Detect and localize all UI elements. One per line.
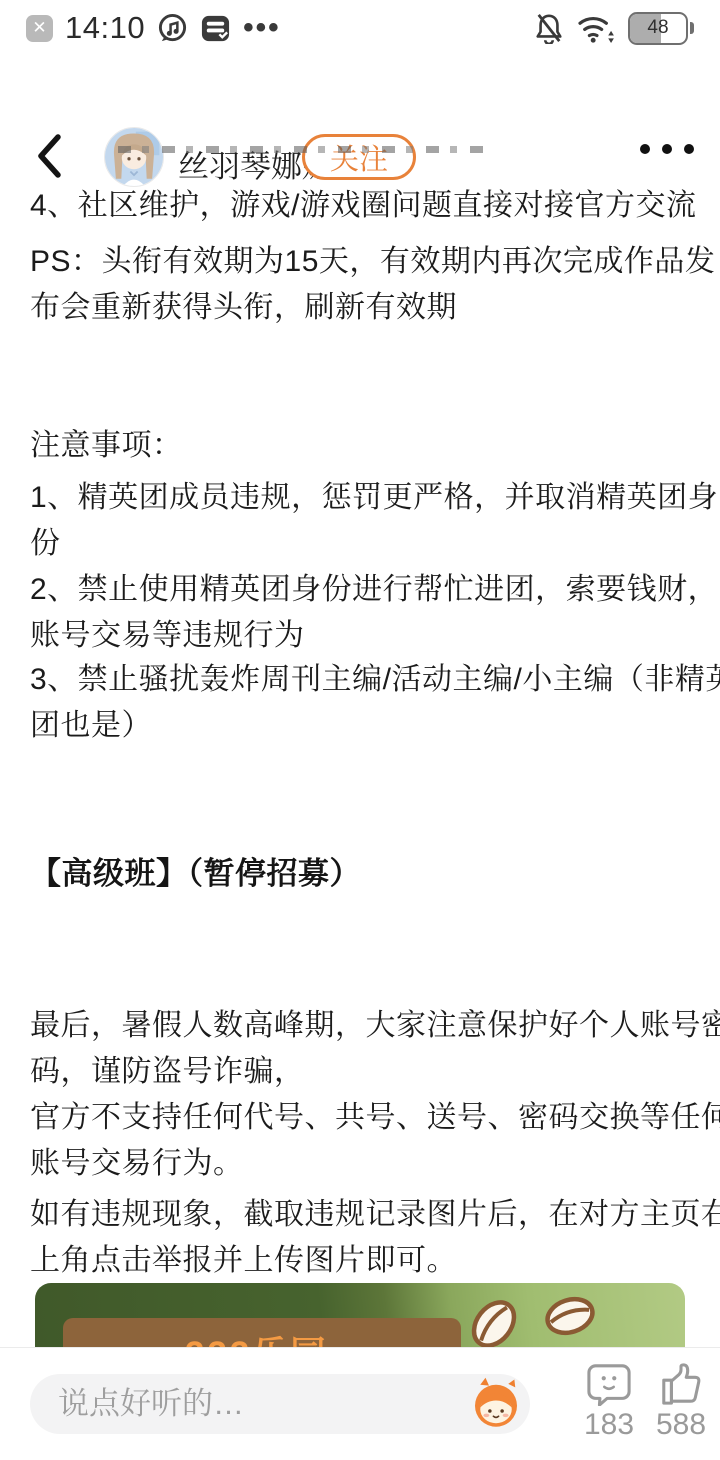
- coffee-bean-icon: [540, 1291, 600, 1341]
- post-paragraph: 注意事项：: [30, 423, 720, 469]
- status-bar-right: 48: [534, 12, 694, 45]
- post-paragraph: 官方不支持任何代号、共号、送号、密码交换等任何 账号交易行为。: [30, 1095, 720, 1187]
- bell-muted-icon: [534, 12, 564, 44]
- status-bar-left: ✕ 14:10 •••: [26, 10, 281, 46]
- bottom-bar: 183 588: [0, 1347, 720, 1460]
- post-paragraph: 3、禁止骚扰轰炸周刊主编/活动主编/小主编（非精英 团也是）: [30, 657, 720, 749]
- status-bar: ✕ 14:10 •••: [0, 0, 720, 56]
- battery-icon: 48: [628, 12, 694, 45]
- header: 丝羽琴娜娜 关注: [0, 56, 720, 146]
- like-count-button[interactable]: 588: [636, 1362, 720, 1442]
- status-time: 14:10: [65, 10, 145, 46]
- post-paragraph-heading: 【高级班】（暂停招募）: [30, 851, 720, 897]
- avatar[interactable]: [104, 127, 164, 187]
- post-paragraph: 如有违规现象，截取违规记录图片后，在对方主页右 上角点击举报并上传图片即可。: [30, 1192, 720, 1284]
- follow-button[interactable]: 关注: [302, 134, 416, 180]
- sim-missing-icon: ✕: [26, 15, 53, 42]
- clipped-text-line: [118, 146, 490, 153]
- post-paragraph: PS：头衔有效期为15天，有效期内再次完成作品发 布会重新获得头衔，刷新有效期: [30, 239, 720, 331]
- mascot-emoji-icon[interactable]: [468, 1376, 524, 1432]
- banner-title: 333乐园: [185, 1327, 445, 1347]
- comment-input[interactable]: [30, 1386, 468, 1422]
- battery-percent: 48: [647, 17, 668, 39]
- status-more-dots-icon: •••: [243, 18, 281, 38]
- banner-image[interactable]: 333乐园: [35, 1283, 685, 1347]
- card-icon: [200, 13, 231, 44]
- coffee-bean-icon: [463, 1296, 525, 1347]
- post-detail-page: ✕ 14:10 •••: [0, 0, 720, 1460]
- post-paragraph: 最后，暑假人数高峰期，大家注意保护好个人账号密 码，谨防盗号诈骗，: [30, 1003, 720, 1095]
- post-paragraph: 4、社区维护，游戏/游戏圈问题直接对接官方交流: [30, 183, 720, 229]
- wifi-icon: [576, 12, 616, 44]
- more-menu-icon[interactable]: [640, 144, 694, 154]
- post-paragraph: 2、禁止使用精英团身份进行帮忙进团，索要钱财， 账号交易等违规行为: [30, 567, 720, 659]
- music-note-icon: [157, 13, 188, 44]
- comment-count: 183: [584, 1408, 634, 1442]
- back-chevron-icon[interactable]: [34, 132, 64, 180]
- like-count: 588: [656, 1408, 706, 1442]
- thumbs-up-icon: [658, 1362, 704, 1406]
- comment-bubble-icon: [586, 1362, 632, 1406]
- comment-input-wrap[interactable]: [30, 1374, 530, 1434]
- post-paragraph: 1、精英团成员违规，惩罚更严格，并取消精英团身 份: [30, 475, 720, 567]
